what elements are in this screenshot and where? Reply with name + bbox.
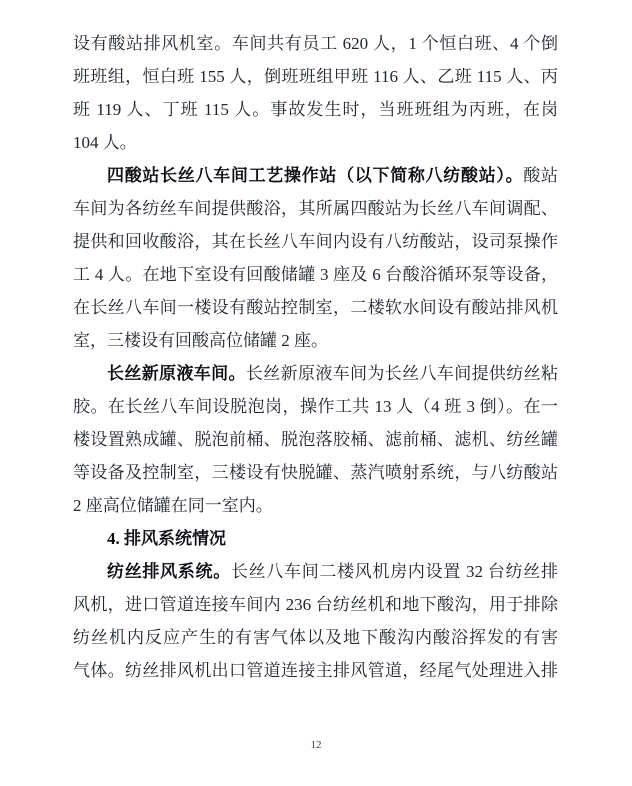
text-line-2: 班班组，恒白班 155 人，倒班班组甲班 116 人、乙班 115 人、丙: [73, 60, 558, 93]
body-run: 室，三楼设有回酸高位储罐 2 座。: [73, 331, 328, 350]
body-run: 长丝八车间二楼风机房内设置 32 台纺丝排: [231, 562, 558, 581]
text-line-20: 气体。纺丝排风机出口管道连接主排风管道，经尾气处理进入排: [73, 654, 558, 687]
text-line-3: 班 119 人、丁班 115 人。事故发生时，当班班组为丙班，在岗: [73, 93, 558, 126]
text-line-9: 在长丝八车间一楼设有酸站控制室，二楼软水间设有酸站排风机: [73, 291, 558, 324]
text-line-18: 风机，进口管道连接车间内 236 台纺丝机和地下酸沟，用于排除: [73, 588, 558, 621]
text-line-4: 104 人。: [73, 126, 558, 159]
text-line-17: 纺丝排风系统。长丝八车间二楼风机房内设置 32 台纺丝排: [73, 555, 558, 588]
text-line-6: 车间为各纺丝车间提供酸浴，其所属四酸站为长丝八车间调配、: [73, 192, 558, 225]
heading-run: 四酸站长丝八车间工艺操作站（以下简称八纺酸站）。: [107, 166, 523, 185]
body-run: 车间为各纺丝车间提供酸浴，其所属四酸站为长丝八车间调配、: [73, 199, 558, 218]
body-run: 班 119 人、丁班 115 人。事故发生时，当班班组为丙班，在岗: [73, 100, 558, 119]
page-number: 12: [0, 736, 632, 754]
text-line-11: 长丝新原液车间。长丝新原液车间为长丝八车间提供纺丝粘: [73, 357, 558, 390]
body-run: 长丝新原液车间为长丝八车间提供纺丝粘: [246, 364, 558, 383]
body-run: 班班组，恒白班 155 人，倒班班组甲班 116 人、乙班 115 人、丙: [73, 67, 558, 86]
heading-run: 纺丝排风系统。: [107, 562, 231, 581]
text-line-7: 提供和回收酸浴，其在长丝八车间内设有八纺酸站，设司泵操作: [73, 225, 558, 258]
text-line-1: 设有酸站排风机室。车间共有员工 620 人，1 个恒白班、4 个倒: [73, 27, 558, 60]
body-run: 酸站: [523, 166, 558, 185]
text-line-13: 楼设置熟成罐、脱泡前桶、脱泡落胶桶、滤前桶、滤机、纺丝罐: [73, 423, 558, 456]
body-run: 等设备及控制室，三楼设有快脱罐、蒸汽喷射系统，与八纺酸站: [73, 463, 558, 482]
text-line-15: 2 座高位储罐在同一室内。: [73, 489, 558, 522]
text-line-8: 工 4 人。在地下室设有回酸储罐 3 座及 6 台酸浴循环泵等设备，: [73, 258, 558, 291]
body-run: 提供和回收酸浴，其在长丝八车间内设有八纺酸站，设司泵操作: [73, 232, 558, 251]
text-line-19: 纺丝机内反应产生的有害气体以及地下酸沟内酸浴挥发的有害: [73, 621, 558, 654]
body-run: 2 座高位储罐在同一室内。: [73, 496, 273, 515]
text-line-16: 4. 排风系统情况: [73, 522, 558, 555]
body-run: 104 人。: [73, 133, 137, 152]
text-line-10: 室，三楼设有回酸高位储罐 2 座。: [73, 324, 558, 357]
text-line-14: 等设备及控制室，三楼设有快脱罐、蒸汽喷射系统，与八纺酸站: [73, 456, 558, 489]
body-run: 工 4 人。在地下室设有回酸储罐 3 座及 6 台酸浴循环泵等设备，: [73, 265, 558, 284]
body-run: 风机，进口管道连接车间内 236 台纺丝机和地下酸沟，用于排除: [73, 595, 558, 614]
heading-run: 长丝新原液车间。: [107, 364, 246, 383]
document-page: 设有酸站排风机室。车间共有员工 620 人，1 个恒白班、4 个倒班班组，恒白班…: [0, 0, 632, 786]
body-run: 气体。纺丝排风机出口管道连接主排风管道，经尾气处理进入排: [73, 661, 558, 680]
text-line-5: 四酸站长丝八车间工艺操作站（以下简称八纺酸站）。酸站: [73, 159, 558, 192]
body-run: 楼设置熟成罐、脱泡前桶、脱泡落胶桶、滤前桶、滤机、纺丝罐: [73, 430, 558, 449]
text-line-12: 胶。在长丝八车间设脱泡岗，操作工共 13 人（4 班 3 倒）。在一: [73, 390, 558, 423]
body-run: 胶。在长丝八车间设脱泡岗，操作工共 13 人（4 班 3 倒）。在一: [73, 397, 558, 416]
body-run: 在长丝八车间一楼设有酸站控制室，二楼软水间设有酸站排风机: [73, 298, 558, 317]
body-run: 纺丝机内反应产生的有害气体以及地下酸沟内酸浴挥发的有害: [73, 628, 558, 647]
heading-run: 4. 排风系统情况: [107, 529, 226, 548]
body-run: 设有酸站排风机室。车间共有员工 620 人，1 个恒白班、4 个倒: [73, 34, 558, 53]
text-block: 设有酸站排风机室。车间共有员工 620 人，1 个恒白班、4 个倒班班组，恒白班…: [73, 27, 558, 687]
